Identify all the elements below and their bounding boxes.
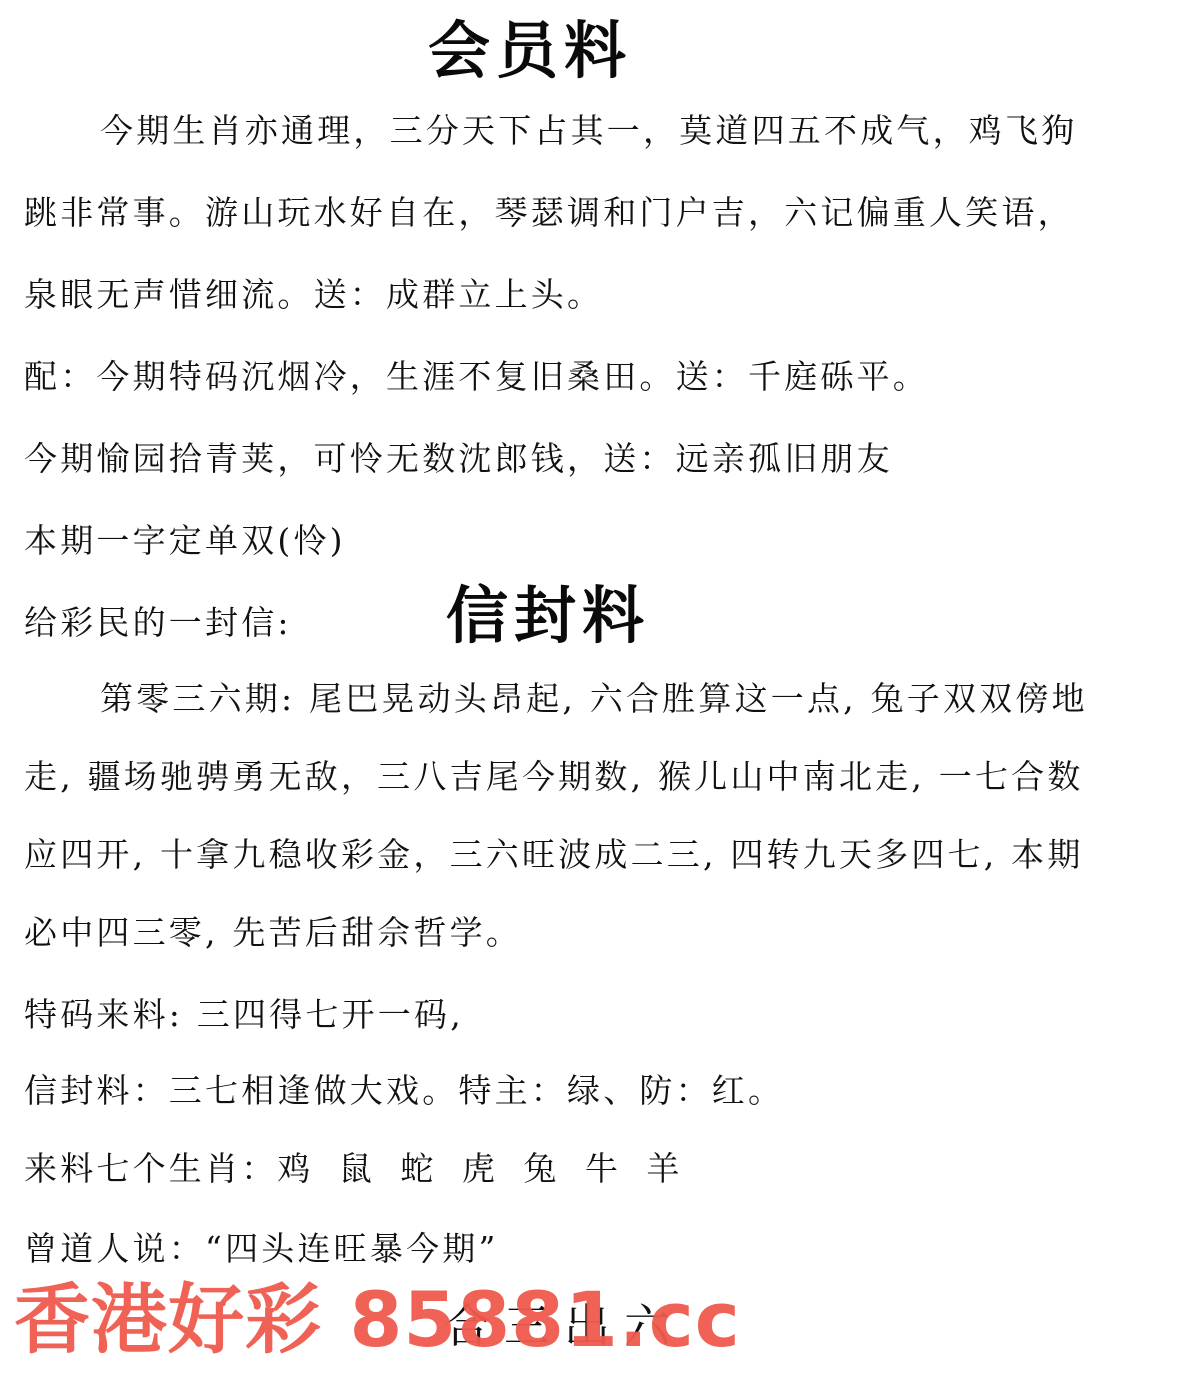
member-section-title: 会员料: [428, 20, 632, 82]
pairing-line: 配：今期特码沉烟冷，生涯不复旧桑田。送：千庭砾平。: [24, 360, 929, 393]
letter-paragraph-line-3: 应四开, 十拿九稳收彩金，三六旺波成二三, 四转九天多四七, 本期: [24, 838, 1084, 871]
zodiacs-line: 来料七个生肖：鸡 鼠 蛇 虎 兔 牛 羊: [24, 1152, 688, 1185]
watermark-text: 香港好彩 85881.cc: [14, 1282, 741, 1358]
member-paragraph-line-1: 今期生肖亦通理，三分天下占其一，莫道四五不成气，鸡飞狗: [100, 114, 1077, 147]
envelope-line: 信封料：三七相逢做大戏。特主：绿、防：红。: [24, 1074, 784, 1107]
poem-line: 今期愉园拾青荚，可怜无数沈郎钱，送：远亲孤旧朋友: [24, 442, 893, 475]
odd-even-line: 本期一字定单双(怜): [24, 524, 346, 557]
member-paragraph-line-3: 泉眼无声惜细流。送：成群立上头。: [24, 278, 603, 311]
zodiacs-label: 来料七个生肖：: [24, 1149, 277, 1188]
zodiacs-list: 鸡 鼠 蛇 虎 兔 牛 羊: [277, 1149, 688, 1188]
member-paragraph-line-2: 跳非常事。游山玩水好自在，琴瑟调和门户吉，六记偏重人笑语，: [24, 196, 1074, 229]
letter-section-title: 信封料: [446, 585, 650, 647]
document-page: 会员料 今期生肖亦通理，三分天下占其一，莫道四五不成气，鸡飞狗 跳非常事。游山玩…: [0, 0, 1183, 1388]
letter-paragraph-line-2: 走, 疆场驰骋勇无敌，三八吉尾今期数, 猴儿山中南北走, 一七合数: [24, 760, 1084, 793]
special-code-line: 特码来料: 三四得七开一码,: [24, 998, 464, 1031]
letter-paragraph-line-4: 必中四三零, 先苦后甜佘哲学。: [24, 916, 522, 949]
letter-intro-label: 给彩民的一封信:: [24, 606, 292, 639]
letter-paragraph-line-1: 第零三六期: 尾巴晃动头昂起, 六合胜算这一点, 兔子双双傍地: [100, 682, 1088, 715]
quote-line: 曾道人说：“四头连旺暴今期”: [24, 1232, 499, 1265]
